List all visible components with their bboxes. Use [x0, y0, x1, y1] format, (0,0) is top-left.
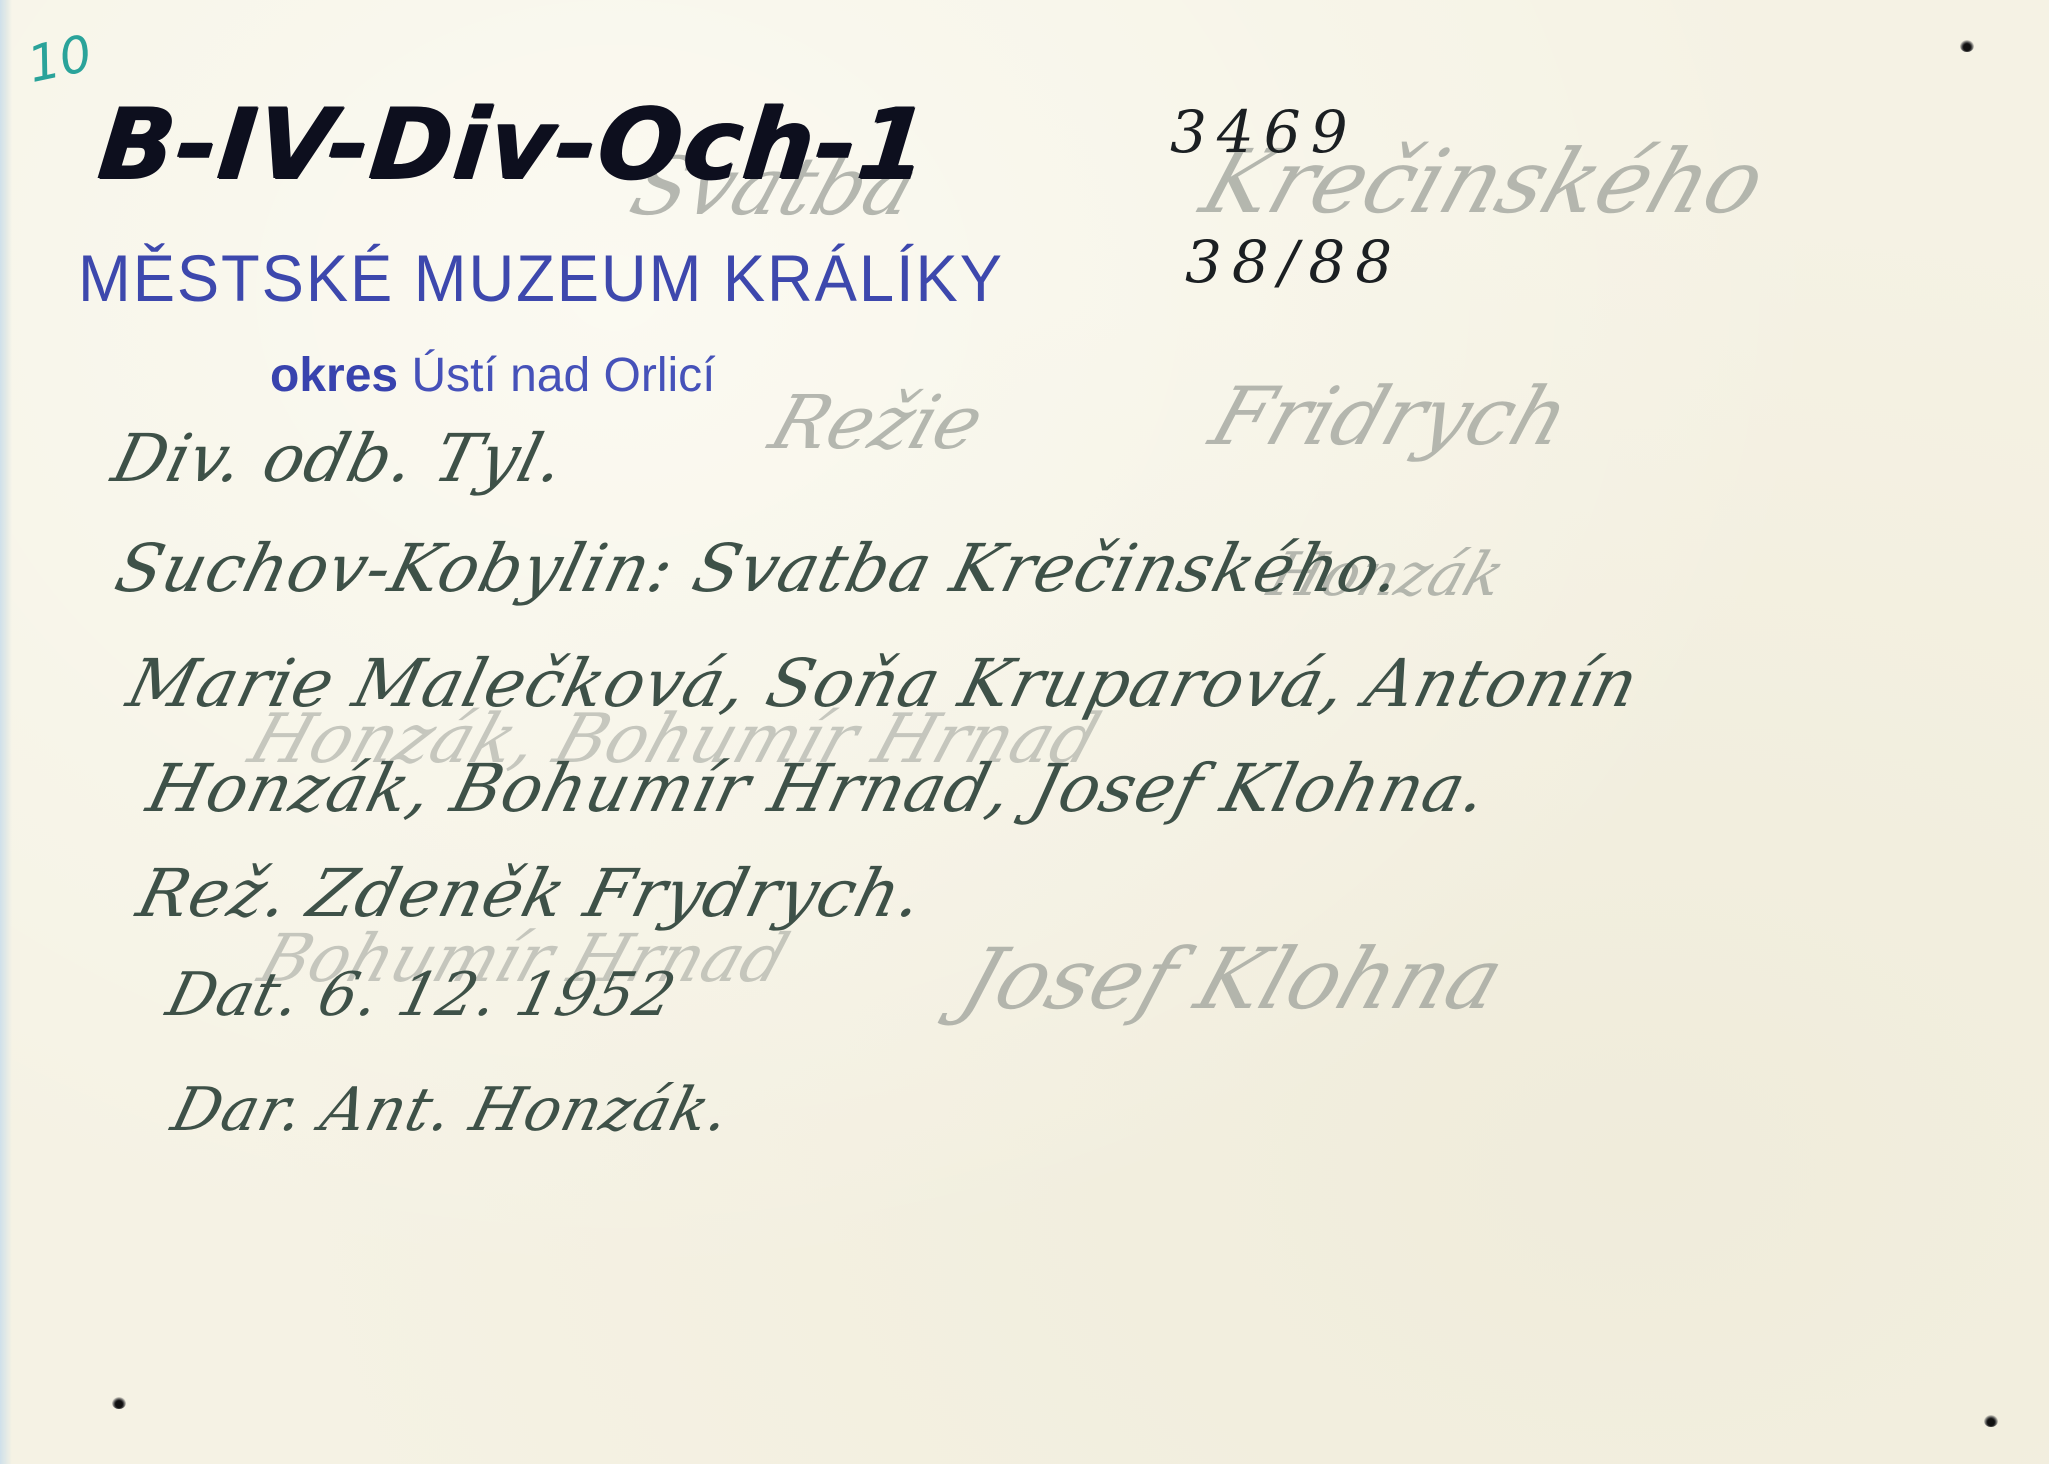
pencil-text: Fridrych — [1200, 370, 1581, 463]
scan-edge — [0, 0, 12, 1464]
handwritten-line-donor: Dar. Ant. Honzák. — [165, 1075, 738, 1145]
museum-stamp-title: MĚSTSKÉ MUZEUM KRÁLÍKY — [78, 240, 1004, 316]
stamp-prefix: okres — [270, 349, 398, 402]
corner-mark: 10 — [23, 24, 97, 94]
handwritten-line-play-title: Suchov-Kobylin: Svatba Krečinského. — [108, 530, 1410, 607]
pin-hole — [112, 1397, 126, 1409]
handwritten-line-theatre: Div. odb. Tyl. — [105, 420, 573, 497]
document-card: Svatba Krečinského Režie Fridrych Honzák… — [0, 0, 2049, 1464]
museum-stamp-district: okres Ústí nad Orlicí — [270, 348, 716, 403]
stamp-text: MĚSTSKÉ MUZEUM KRÁLÍKY — [78, 241, 1004, 315]
inventory-number: 3469 — [1170, 98, 1358, 166]
pencil-text: Režie — [760, 380, 994, 466]
inventory-number-secondary: 38/88 — [1185, 228, 1402, 296]
handwritten-line-cast-1: Marie Malečková, Soňa Kruparová, Antonín — [120, 645, 1646, 722]
catalog-number: B-IV-Div-Och-1 — [94, 88, 935, 202]
pencil-text: Josef Klohna — [950, 930, 1515, 1028]
pin-hole — [1960, 40, 1974, 52]
stamp-place: Ústí nad Orlicí — [411, 349, 715, 402]
handwritten-line-date: Dat. 6. 12. 1952 — [160, 960, 683, 1030]
pin-hole — [1984, 1415, 1998, 1427]
handwritten-line-director: Rež. Zdeněk Frydrych. — [130, 855, 932, 932]
handwritten-line-cast-2: Honzák, Bohumír Hrnad, Josef Klohna. — [140, 750, 1496, 827]
